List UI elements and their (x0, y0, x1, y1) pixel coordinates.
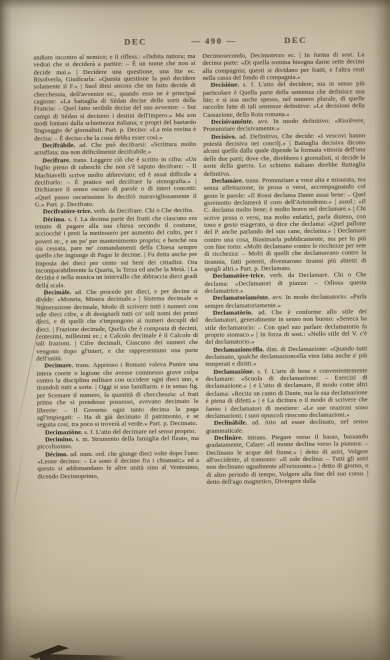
entry-headword: Decimare. (44, 363, 75, 370)
running-head-left-word: DEC (124, 36, 147, 46)
entry-headword: Declamazióne. (213, 368, 257, 375)
entry-headword: Decimino. (45, 436, 76, 443)
entry-headword: Decimàle. (44, 289, 75, 296)
dictionary-entry: Declinàre. intrans. Piegare verso il bas… (206, 433, 368, 486)
dictionary-entry: Declamatoriaménte. avv. In modo declamat… (205, 294, 367, 310)
page-edge-shadow-bottom (0, 605, 390, 660)
dictionary-entry: andiam incontro al nemico; e il rifless.… (33, 53, 196, 143)
page-edge-shadow-left (0, 0, 12, 660)
dictionary-entry: Dècimo. ad. num. ord. che giunge dieci v… (37, 450, 199, 481)
dictionary-entry: Declinàbile. ad. Atto ad esser declinato… (206, 419, 368, 435)
page-content: DEC — 490 — DEC andiam incontro al nemic… (0, 0, 390, 660)
dictionary-entry: Decifrare. trans. Leggere ciò che è scri… (34, 156, 196, 209)
dictionary-entry: Declamatòrio. ad. Che è conforme allo st… (205, 308, 367, 346)
entry-headword: Decifràbile. (42, 142, 79, 149)
entry-headword: Declamazioncèlla. (213, 346, 266, 354)
dictionary-entry: Decisivaménte. avv. In modo definitivo: … (203, 117, 365, 133)
entry-headword: Decifrare. (42, 157, 73, 164)
page-number: — 490 — (191, 36, 236, 46)
entry-headword: Declamatòrio. (213, 309, 258, 316)
entry-headword: Dècima. (43, 216, 68, 223)
dictionary-entry: Decimare. trans. Appresso i Romani valev… (36, 361, 199, 429)
page-edge-shadow-top (0, 0, 390, 9)
dictionary-entry: Decimàle. ad. Che procede per dieci, e p… (36, 288, 199, 363)
entry-headword: Declamatóre-trice. (212, 273, 269, 281)
scanned-dictionary-page: DEC — 490 — DEC andiam incontro al nemic… (0, 0, 390, 660)
entry-headword: Declamatoriaménte. (213, 295, 273, 303)
dictionary-entry: Decimino. s. m. Strumento della famiglia… (37, 435, 199, 451)
entry-headword: Declinàbile. (214, 420, 252, 427)
entry-headword: Decisióne. (211, 82, 243, 89)
dictionary-entry: Decifràbile. ad. Che può decifrarsi: «Sc… (34, 141, 196, 157)
entry-headword: Declinàre. (214, 434, 247, 441)
dictionary-entry: Declamàre. trans. Pronunziare a voce alt… (204, 176, 367, 273)
dictionary-entry: Declamazioncèlla. dim. di Declamazione: … (205, 345, 367, 369)
dictionary-entry: Declamazióne. s. f. L'arte di bene e con… (205, 367, 367, 420)
entry-headword: Decifratóre-trice. (43, 208, 94, 215)
entry-headword: Decimazióne. (45, 429, 84, 436)
page-edge-shadow-right (374, 0, 390, 660)
text-column-left: andiam incontro al nemico; e il rifless.… (33, 53, 200, 593)
entry-headword: Decisivaménte. (211, 118, 258, 125)
dictionary-entry: Decimosecondo, Decimoterzo ec. | In form… (202, 51, 364, 82)
text-column-right: Decimosecondo, Decimoterzo ec. | In form… (202, 51, 369, 591)
dictionary-entry: Declamatóre-trice. verb. da Declamare. C… (204, 272, 366, 296)
running-head-right-word: DEC (284, 35, 307, 45)
entry-headword: Decisìvo. (211, 133, 239, 140)
entry-headword: Declamàre. (212, 177, 246, 184)
text-columns: andiam incontro al nemico; e il rifless.… (33, 51, 369, 592)
dictionary-entry: Decisìvo. ad. Definitivo, Che decide: «I… (203, 132, 365, 178)
dictionary-entry: Decisióne. s. f. L'atto del decidere; ma… (203, 81, 365, 119)
entry-headword: Dècimo. (45, 451, 70, 458)
running-head: DEC — 490 — DEC (0, 34, 387, 50)
